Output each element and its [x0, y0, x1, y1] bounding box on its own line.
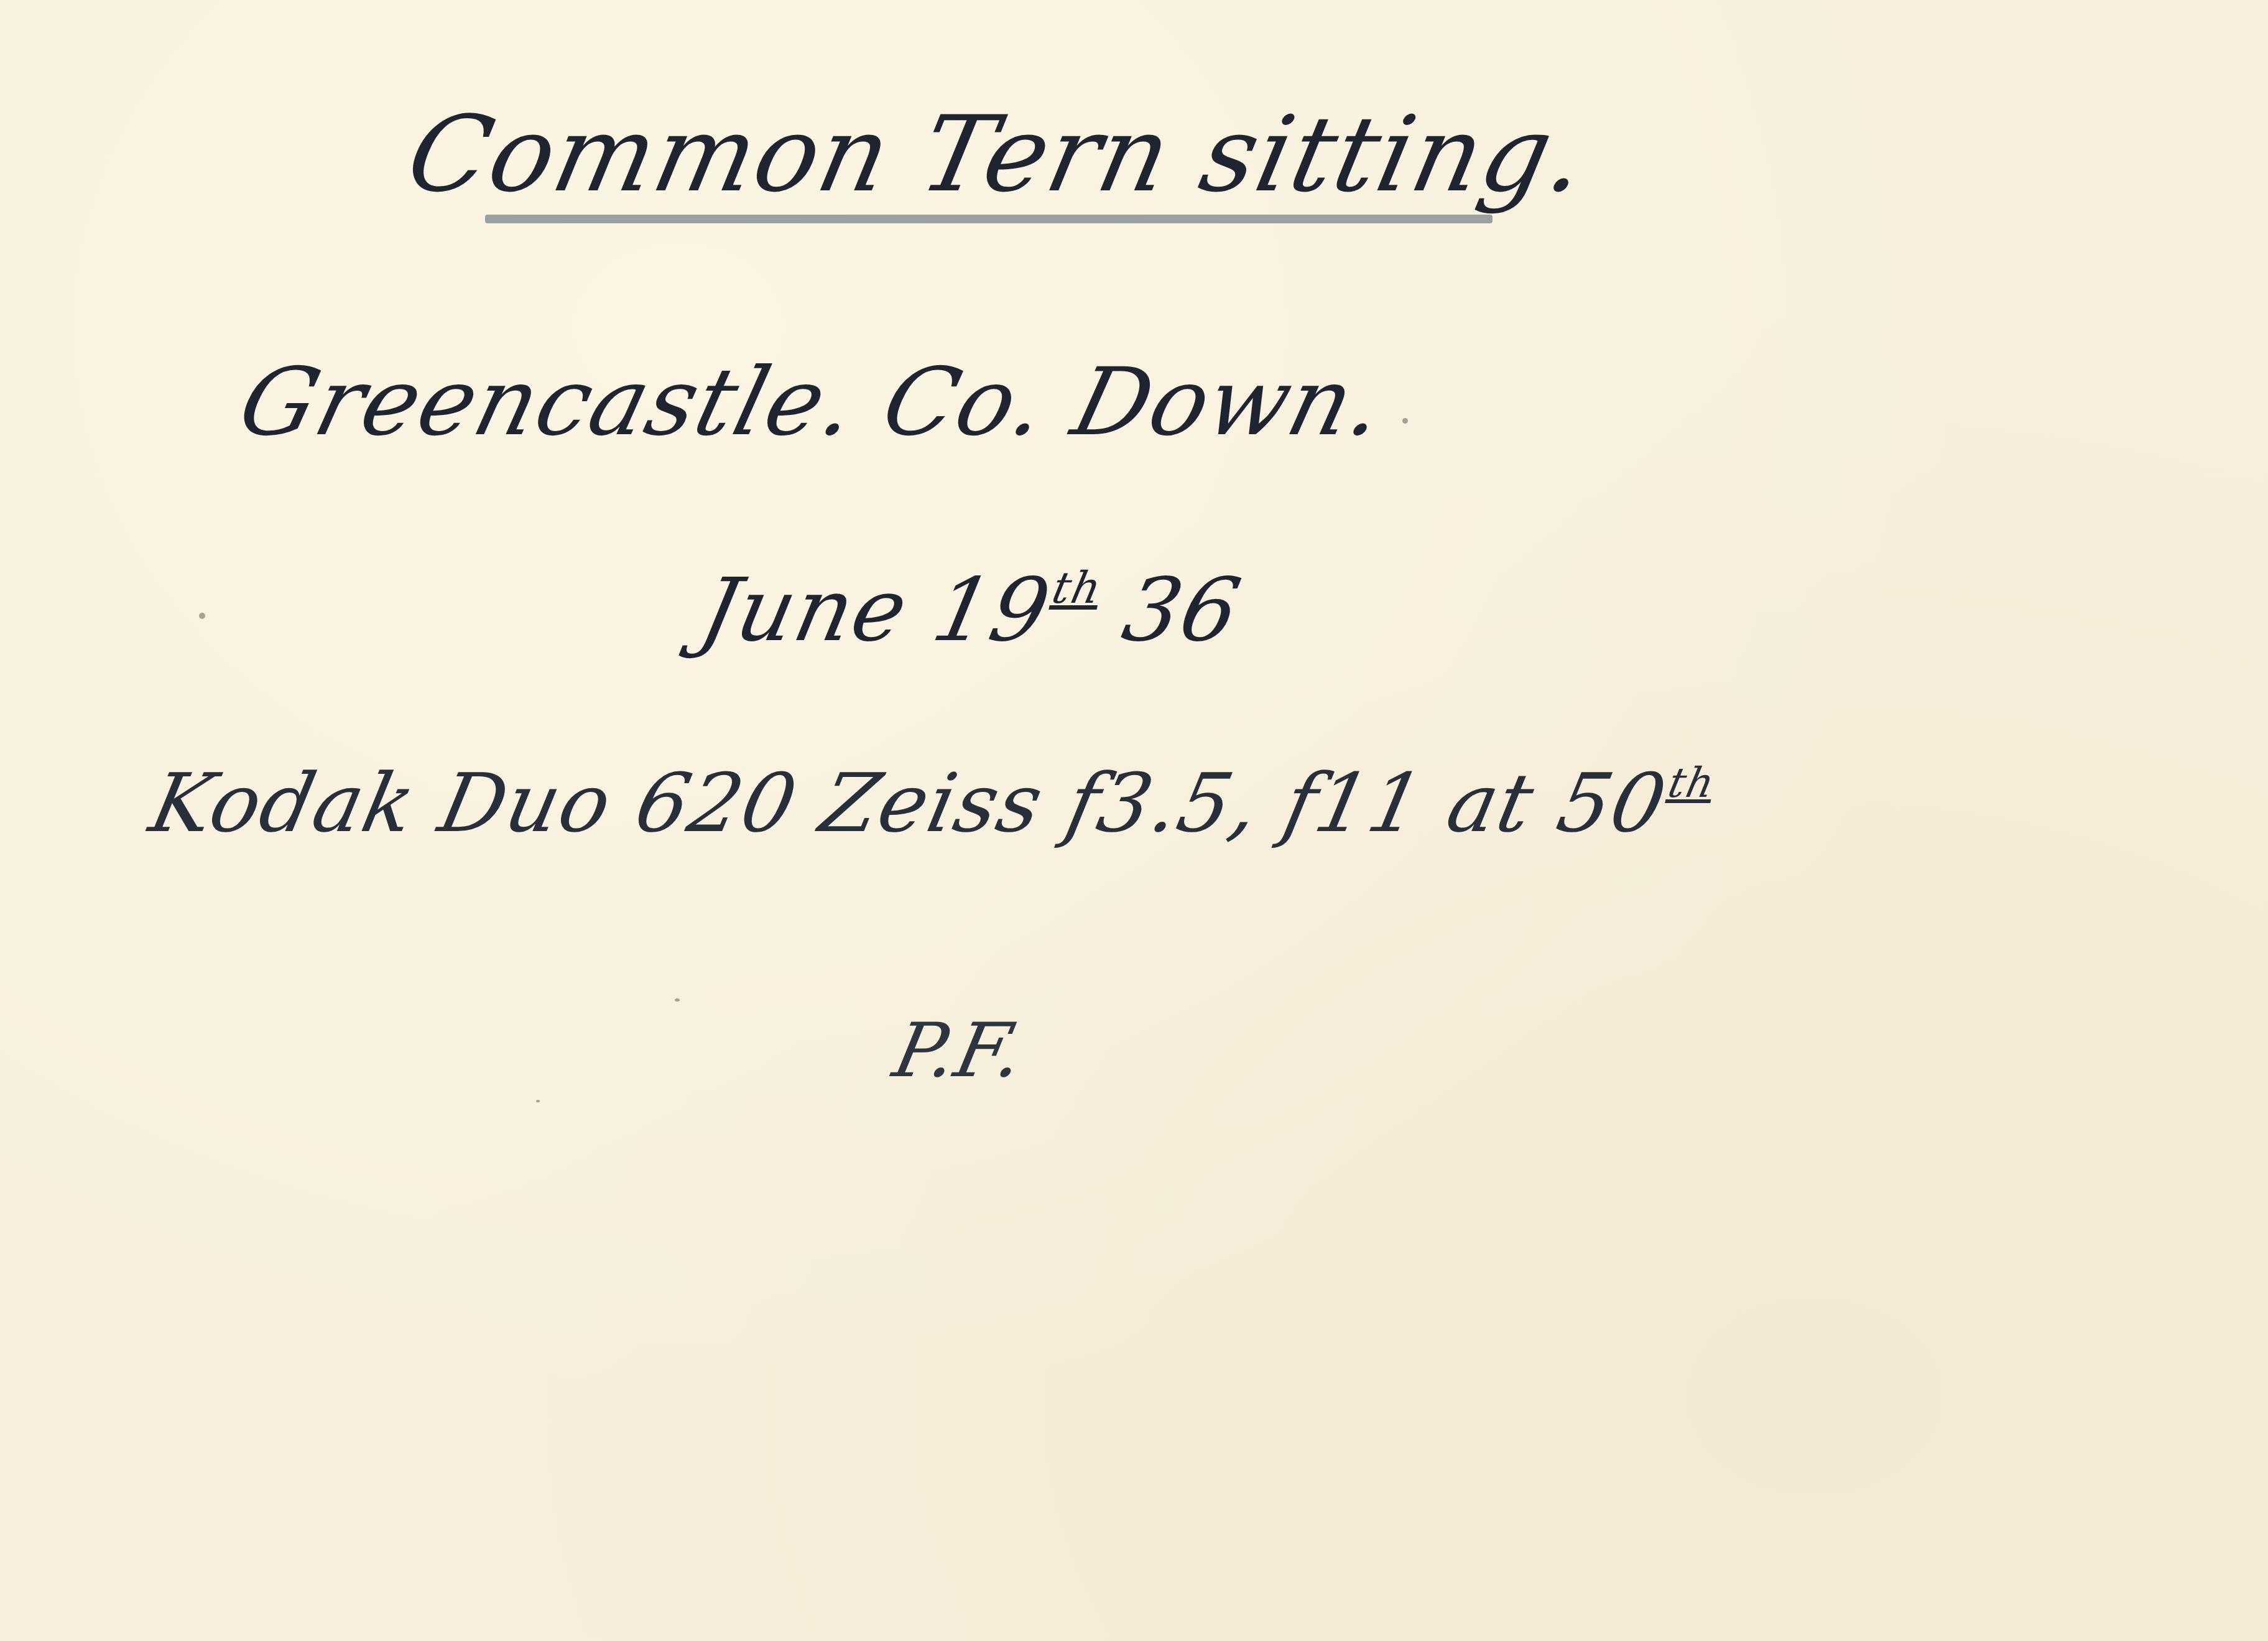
paper-speck	[536, 1100, 540, 1102]
caption-location: Greencastle. Co. Down.	[229, 348, 1396, 457]
paper-speck	[1402, 418, 1408, 424]
date-month-day: June 19	[692, 560, 1060, 661]
date-year: 36	[1114, 560, 1249, 661]
caption-date: June 19th 36	[692, 560, 1249, 661]
author-initials: P.F.	[886, 1008, 1032, 1094]
caption-camera-settings: Kodak Duo 620 Zeiss f3.5, f11 at 50th	[142, 756, 1720, 850]
date-ordinal-suffix: th	[1048, 562, 1107, 613]
paper-speck	[675, 998, 680, 1002]
caption-title: Common Tern sitting.	[397, 93, 1598, 215]
camera-text: Kodak Duo 620 Zeiss f3.5, f11 at 50	[142, 756, 1675, 850]
title-underline	[485, 215, 1493, 223]
paper-speck	[199, 613, 205, 619]
